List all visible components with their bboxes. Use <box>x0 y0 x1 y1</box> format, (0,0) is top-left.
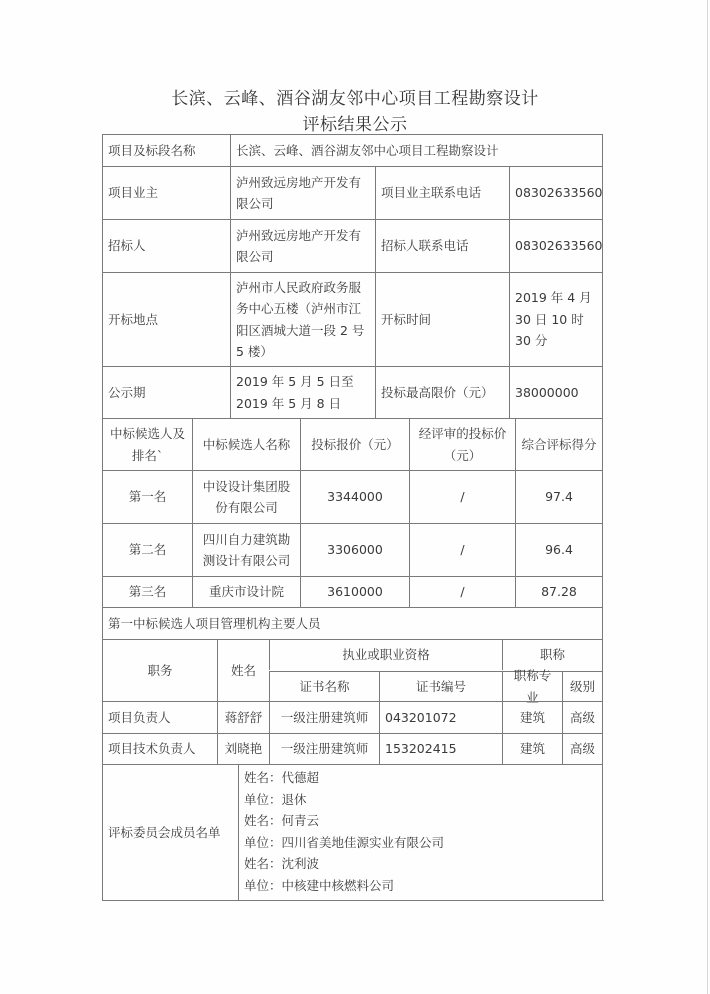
row-publicity: 公示期 2019 年 5 月 5 日至 2019 年 5 月 8 日 投标最高限… <box>103 366 602 418</box>
candidate-row: 第二名 四川自力建筑勘测设计有限公司 3306000 / 96.4 <box>103 523 602 576</box>
col-header-title-major: 职称专业 <box>502 671 562 701</box>
candidate-row: 第三名 重庆市设计院 3610000 / 87.28 <box>103 576 602 607</box>
publicity-period-label: 公示期 <box>103 367 230 418</box>
committee-member-name: 姓名：沈利波 <box>244 853 444 875</box>
committee-member-unit: 单位：退休 <box>244 789 444 811</box>
opening-place-value: 泸州市人民政府政务服务中心五楼（泸州市江阳区酒城大道一段 2 号 5 楼） <box>230 273 375 366</box>
candidate-name: 中设设计集团股份有限公司 <box>192 471 300 523</box>
candidate-rank: 第一名 <box>103 471 192 523</box>
personnel-header-row: 职务 姓名 执业或职业资格 证书名称 证书编号 职称 职称专业 级别 <box>103 639 602 701</box>
max-price-label: 投标最高限价（元） <box>375 367 509 418</box>
col-header-bid-price: 投标报价（元） <box>300 419 409 470</box>
candidate-reviewed-price: / <box>409 524 515 576</box>
candidate-name: 四川自力建筑勘测设计有限公司 <box>192 524 300 576</box>
col-header-cert-name: 证书名称 <box>269 671 379 701</box>
tenderer-label: 招标人 <box>103 220 230 272</box>
results-table: 项目及标段名称 长滨、云峰、酒谷湖友邻中心项目工程勘察设计 项目业主 泸州致远房… <box>102 134 603 900</box>
owner-phone-value: 08302633560 <box>509 167 602 219</box>
committee-member-unit: 单位：中核建中核燃料公司 <box>244 875 444 897</box>
person-cert-name: 一级注册建筑师 <box>269 734 379 764</box>
person-cert-name: 一级注册建筑师 <box>269 702 379 733</box>
committee-member-name: 姓名：何青云 <box>244 810 444 832</box>
candidates-header-row: 中标候选人及排名` 中标候选人名称 投标报价（元） 经评审的投标价（元） 综合评… <box>103 418 602 470</box>
candidate-score: 97.4 <box>515 471 602 523</box>
opening-time-label: 开标时间 <box>375 273 509 366</box>
publicity-period-value: 2019 年 5 月 5 日至 2019 年 5 月 8 日 <box>230 367 375 418</box>
page-edge-line <box>707 0 708 994</box>
candidate-bid-price: 3344000 <box>300 471 409 523</box>
candidate-rank: 第二名 <box>103 524 192 576</box>
person-title-level: 高级 <box>562 734 602 764</box>
opening-time-value: 2019 年 4 月 30 日 10 时 30 分 <box>509 273 602 366</box>
person-cert-number: 153202415 <box>379 734 502 764</box>
person-title-major: 建筑 <box>502 734 562 764</box>
tenderer-phone-label: 招标人联系电话 <box>375 220 509 272</box>
committee-label: 评标委员会成员名单 <box>103 765 238 900</box>
person-title-major: 建筑 <box>502 702 562 733</box>
candidate-name: 重庆市设计院 <box>192 577 300 607</box>
row-owner: 项目业主 泸州致远房地产开发有限公司 项目业主联系电话 08302633560 <box>103 166 602 219</box>
candidate-score: 87.28 <box>515 577 602 607</box>
owner-phone-label: 项目业主联系电话 <box>375 167 509 219</box>
owner-label: 项目业主 <box>103 167 230 219</box>
personnel-row: 项目负责人 蒋舒舒 一级注册建筑师 043201072 建筑 高级 <box>103 701 602 733</box>
person-name: 蒋舒舒 <box>217 702 269 733</box>
col-header-rank: 中标候选人及排名` <box>103 419 192 470</box>
personnel-row: 项目技术负责人 刘晓艳 一级注册建筑师 153202415 建筑 高级 <box>103 733 602 764</box>
person-position: 项目技术负责人 <box>103 734 217 764</box>
owner-value: 泸州致远房地产开发有限公司 <box>230 167 375 219</box>
personnel-section-row: 第一中标候选人项目管理机构主要人员 <box>103 607 602 639</box>
max-price-value: 38000000 <box>509 367 602 418</box>
row-opening: 开标地点 泸州市人民政府政务服务中心五楼（泸州市江阳区酒城大道一段 2 号 5 … <box>103 272 602 366</box>
project-name-label: 项目及标段名称 <box>103 135 230 166</box>
person-name: 刘晓艳 <box>217 734 269 764</box>
project-name-value: 长滨、云峰、酒谷湖友邻中心项目工程勘察设计 <box>230 135 602 166</box>
document-subtitle: 评标结果公示 <box>0 110 710 135</box>
col-header-title-level: 级别 <box>562 671 602 701</box>
col-header-qualification: 执业或职业资格 <box>269 640 502 670</box>
col-header-score: 综合评标得分 <box>515 419 602 470</box>
candidate-bid-price: 3306000 <box>300 524 409 576</box>
col-header-person-name: 姓名 <box>217 640 269 701</box>
row-project-name: 项目及标段名称 长滨、云峰、酒谷湖友邻中心项目工程勘察设计 <box>103 134 602 166</box>
tenderer-value: 泸州致远房地产开发有限公司 <box>230 220 375 272</box>
tenderer-phone-value: 08302633560 <box>509 220 602 272</box>
candidate-bid-price: 3610000 <box>300 577 409 607</box>
candidate-reviewed-price: / <box>409 577 515 607</box>
person-title-level: 高级 <box>562 702 602 733</box>
committee-member-unit: 单位：四川省美地佳源实业有限公司 <box>244 832 444 854</box>
row-tenderer: 招标人 泸州致远房地产开发有限公司 招标人联系电话 08302633560 <box>103 219 602 272</box>
committee-member-name: 姓名：代德超 <box>244 767 444 789</box>
committee-row: 评标委员会成员名单 姓名：代德超 单位：退休 姓名：何青云 单位：四川省美地佳源… <box>103 764 602 900</box>
col-header-position: 职务 <box>103 640 217 701</box>
document-title: 长滨、云峰、酒谷湖友邻中心项目工程勘察设计 <box>0 84 710 109</box>
committee-members: 姓名：代德超 单位：退休 姓名：何青云 单位：四川省美地佳源实业有限公司 姓名：… <box>238 765 602 900</box>
col-header-reviewed-price: 经评审的投标价（元） <box>409 419 515 470</box>
person-position: 项目负责人 <box>103 702 217 733</box>
candidate-score: 96.4 <box>515 524 602 576</box>
table-bottom-border <box>102 900 604 901</box>
col-header-cert-number: 证书编号 <box>379 671 502 701</box>
candidate-reviewed-price: / <box>409 471 515 523</box>
col-header-candidate-name: 中标候选人名称 <box>192 419 300 470</box>
candidate-rank: 第三名 <box>103 577 192 607</box>
personnel-section-title: 第一中标候选人项目管理机构主要人员 <box>103 608 602 639</box>
candidate-row: 第一名 中设设计集团股份有限公司 3344000 / 97.4 <box>103 470 602 523</box>
person-cert-number: 043201072 <box>379 702 502 733</box>
document-page: 长滨、云峰、酒谷湖友邻中心项目工程勘察设计 评标结果公示 项目及标段名称 长滨、… <box>0 0 710 994</box>
opening-place-label: 开标地点 <box>103 273 230 366</box>
